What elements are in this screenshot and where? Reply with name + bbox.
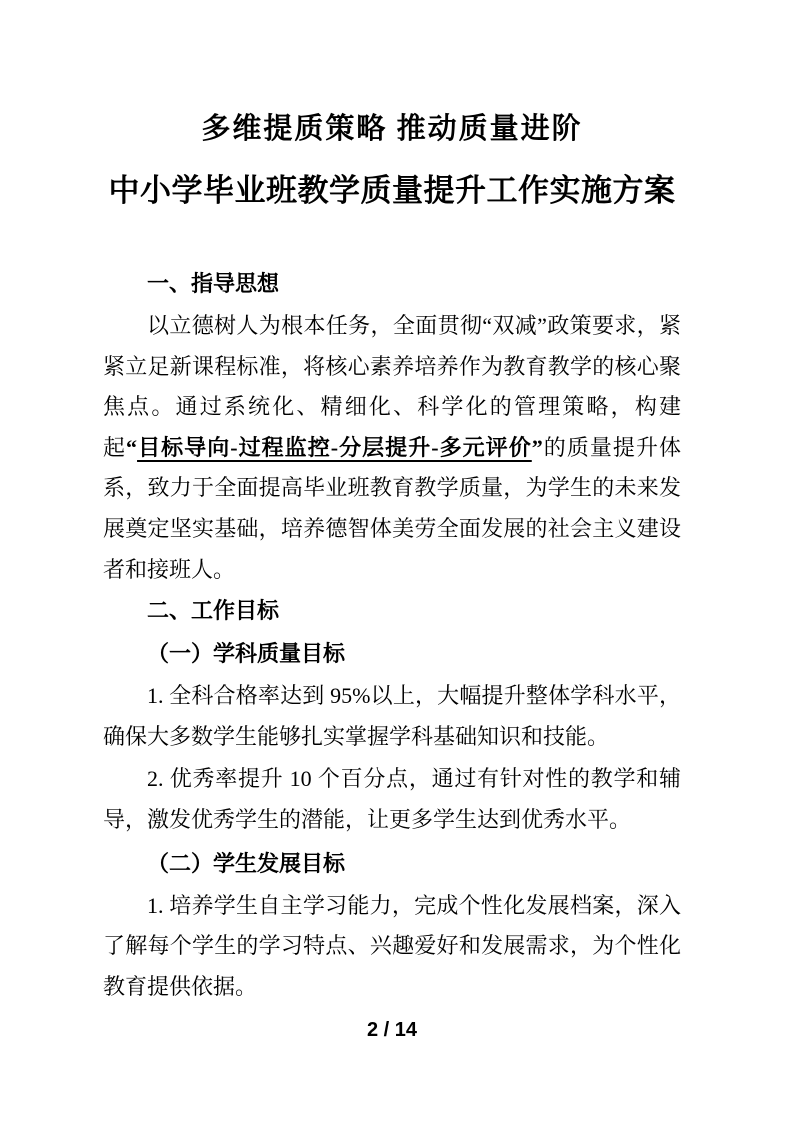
section-heading-work-goals: 二、工作目标 <box>103 590 681 631</box>
key-phrase-open-quote: “ <box>126 435 137 460</box>
student-development-item-1: 1. 培养学生自主学习能力，完成个性化发展档案，深入了解每个学生的学习特点、兴趣… <box>103 886 681 1008</box>
section-heading-guiding-ideology: 一、指导思想 <box>103 263 681 304</box>
key-phrase-close-quote: ” <box>532 435 543 460</box>
document-title-line2: 中小学毕业班教学质量提升工作实施方案 <box>103 165 681 217</box>
document-page: 多维提质策略 推动质量进阶 中小学毕业班教学质量提升工作实施方案 一、指导思想 … <box>0 0 793 1122</box>
page-number-indicator: 2 / 14 <box>103 1015 681 1045</box>
subsection-heading-student-development: （二）学生发展目标 <box>103 843 681 884</box>
guiding-ideology-paragraph: 以立德树人为根本任务，全面贯彻“双减”政策要求，紧紧立足新课程标准，将核心素养培… <box>103 306 681 590</box>
document-content: 多维提质策略 推动质量进阶 中小学毕业班教学质量提升工作实施方案 一、指导思想 … <box>0 105 793 1045</box>
document-title-line1: 多维提质策略 推动质量进阶 <box>103 105 681 153</box>
subsection-heading-subject-quality: （一）学科质量目标 <box>103 633 681 674</box>
key-phrase-underlined: 目标导向-过程监控-分层提升-多元评价 <box>137 435 532 460</box>
subject-quality-item-1: 1. 全科合格率达到 95%以上，大幅提升整体学科水平，确保大多数学生能够扎实掌… <box>103 676 681 757</box>
subject-quality-item-2: 2. 优秀率提升 10 个百分点，通过有针对性的教学和辅导，激发优秀学生的潜能，… <box>103 759 681 840</box>
